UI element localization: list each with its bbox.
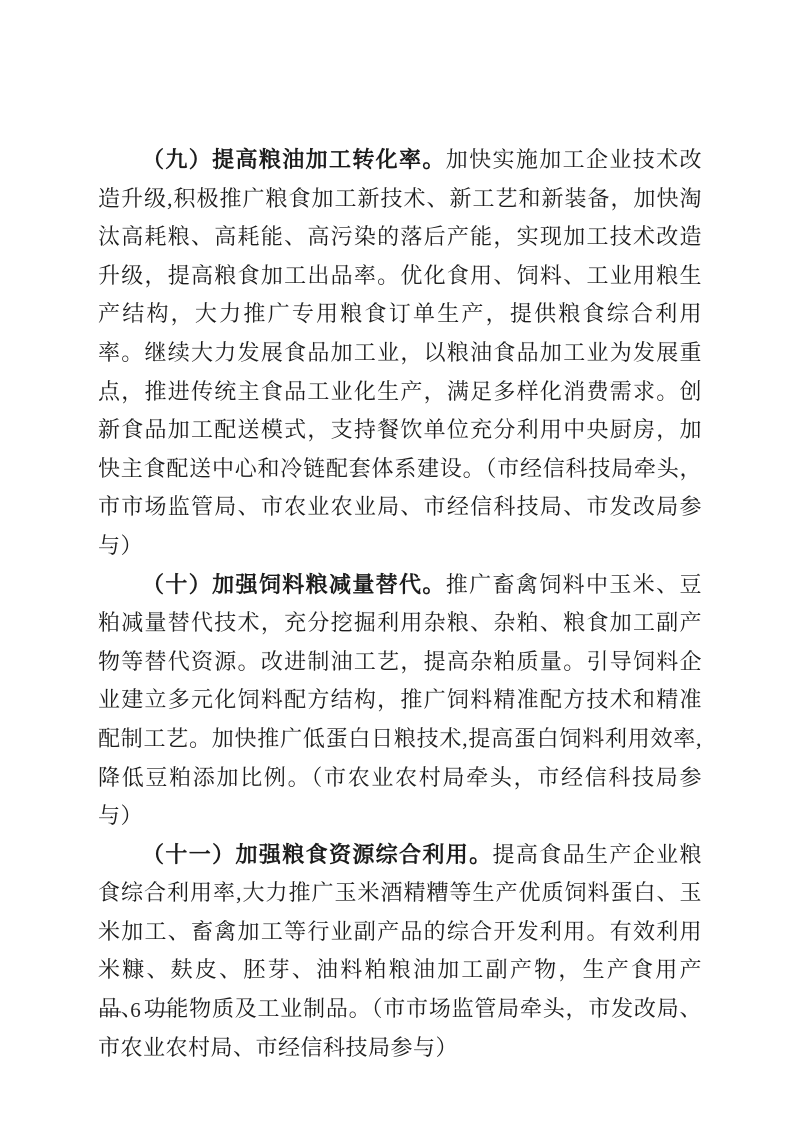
paragraph-heading: （十）加强饲料粮减量替代。 — [142, 572, 446, 597]
paragraph-heading: （九）提高粮油加工转化率。 — [142, 147, 446, 172]
policy-paragraph-11: （十一）加强粮食资源综合利用。提高食品生产企业粮食综合利用率,大力推广玉米酒精糟… — [98, 836, 702, 1068]
policy-paragraph-9: （九）提高粮油加工转化率。加快实施加工企业技术改造升级,积极推广粮食加工新技术、… — [98, 141, 702, 566]
document-body: （九）提高粮油加工转化率。加快实施加工企业技术改造升级,积极推广粮食加工新技术、… — [98, 141, 702, 1067]
page-number: — 6 — — [100, 996, 173, 1024]
paragraph-heading: （十一）加强粮食资源综合利用。 — [142, 842, 493, 867]
document-page: （九）提高粮油加工转化率。加快实施加工企业技术改造升级,积极推广粮食加工新技术、… — [0, 0, 793, 1122]
paragraph-body: 提高食品生产企业粮食综合利用率,大力推广玉米酒精糟等生产优质饲料蛋白、玉米加工、… — [98, 842, 702, 1060]
policy-paragraph-10: （十）加强饲料粮减量替代。推广畜禽饲料中玉米、豆粕减量替代技术，充分挖掘利用杂粮… — [98, 566, 702, 836]
paragraph-body: 推广畜禽饲料中玉米、豆粕减量替代技术，充分挖掘利用杂粮、杂粕、粮食加工副产物等替… — [98, 572, 702, 829]
paragraph-body: 加快实施加工企业技术改造升级,积极推广粮食加工新技术、新工艺和新装备，加快淘汰高… — [98, 147, 702, 558]
